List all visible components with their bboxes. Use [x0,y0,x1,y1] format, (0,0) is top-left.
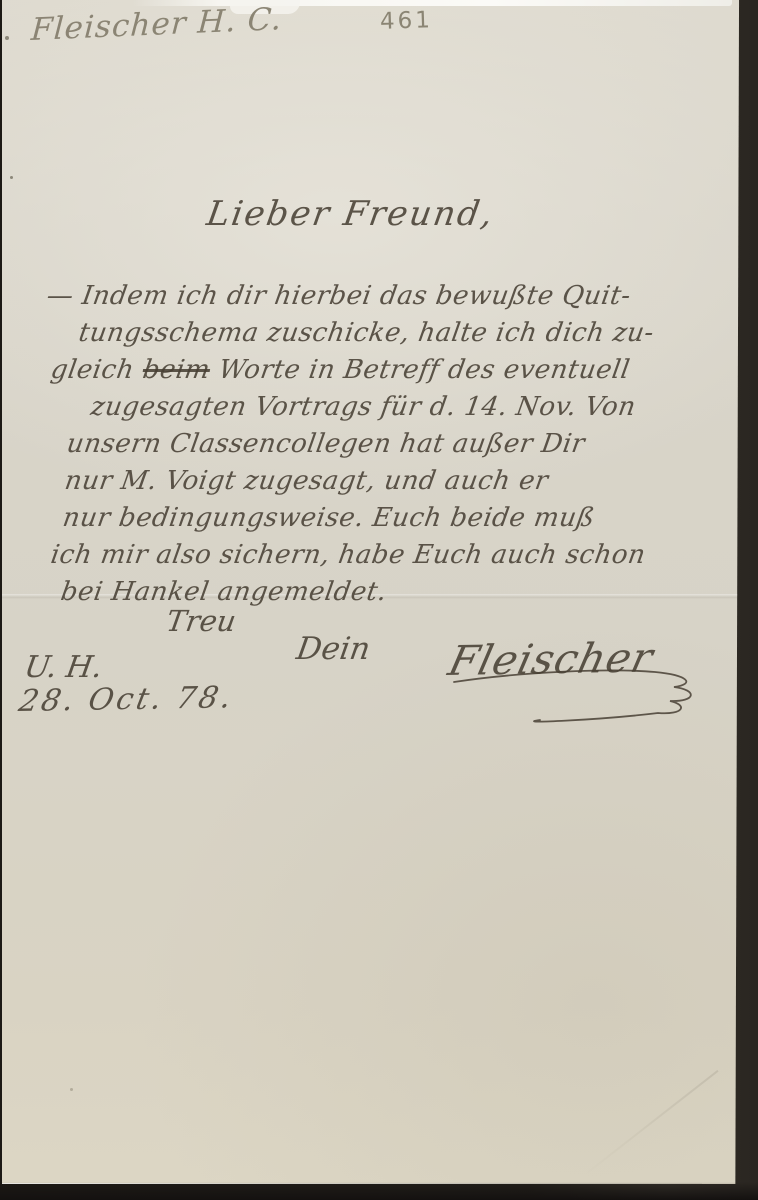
body-line: — Indem ich dir hierbei das bewußte Quit… [44,278,730,315]
letter-page: Fleischer H. C. 461 Lieber Freund, — Ind… [2,0,742,1184]
date-line: 28. Oct. 78. [16,680,237,719]
closing-pronoun: Dein [294,631,373,667]
under-sheet-edge [2,1183,702,1190]
salutation: Lieber Freund, [204,194,497,234]
signature-flourish-icon [450,668,720,726]
body-line: ich mir also sichern, habe Euch auch sch… [44,537,730,574]
body-line: nur bedingungsweise. Euch beide muß [44,500,730,537]
scanner-background: Fleischer H. C. 461 Lieber Freund, — Ind… [0,0,758,1200]
body-line: tungsschema zuschicke, halte ich dich zu… [44,315,730,352]
closing-word: Treu [164,604,238,638]
paper-speck [70,1088,73,1091]
paper-speck [10,176,13,179]
body-line: gleichbeimWorte in Betreff des eventuell [44,352,730,389]
body-line: zugesagten Vortrags für d. 14. Nov. Von [44,389,730,426]
place-abbreviation: U. H. [22,650,105,685]
archivist-name-note: Fleischer H. C. [30,1,283,48]
body-line-text: gleich [49,355,137,385]
paper-speck [5,36,9,40]
folio-number: 461 [380,7,434,35]
body-line-text: Worte in Betreff des eventuell [217,355,633,385]
body-line: unsern Classencollegen hat außer Dir [44,426,730,463]
corner-crease [583,1070,718,1176]
struck-word: beim [141,355,213,385]
letter-body: — Indem ich dir hierbei das bewußte Quit… [44,278,724,611]
body-line: nur M. Voigt zugesagt, und auch er [44,463,730,500]
body-line: bei Hankel angemeldet. [44,574,730,611]
